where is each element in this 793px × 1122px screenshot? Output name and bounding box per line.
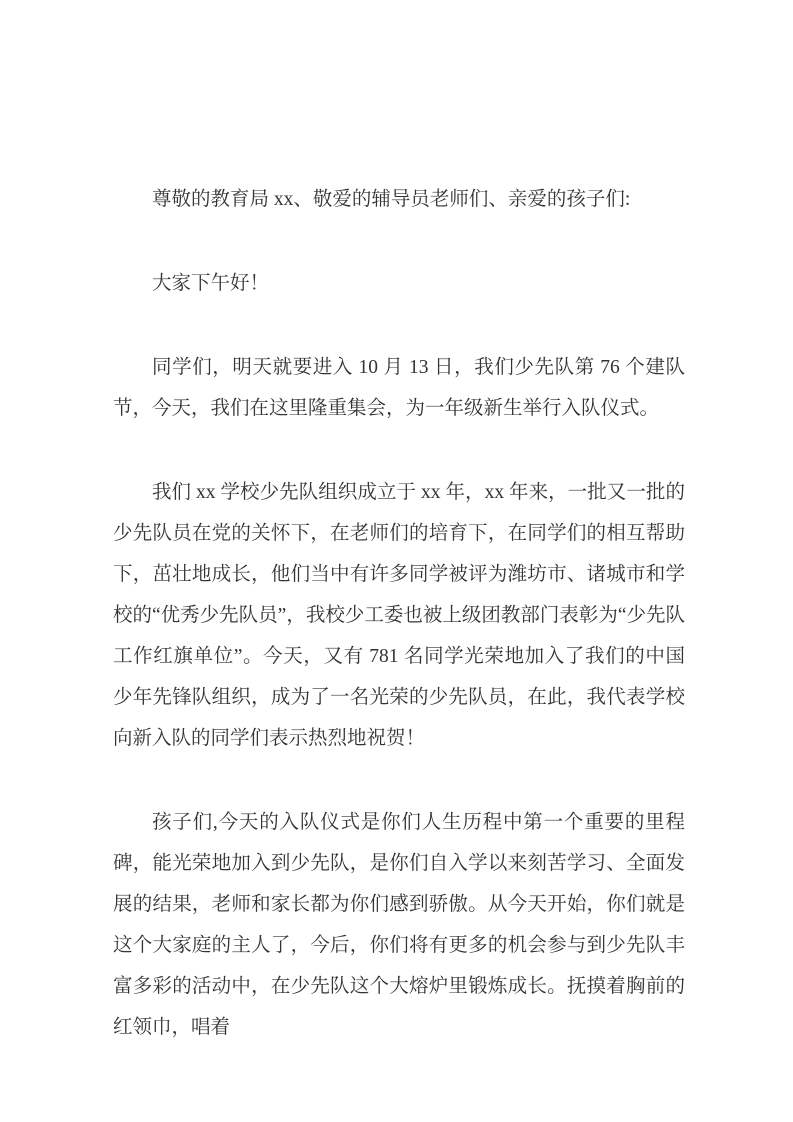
paragraph-school-history: 我们 xx 学校少先队组织成立于 xx 年，xx 年来，一批又一批的少先队员在党…	[113, 472, 685, 759]
paragraph-greeting: 大家下午好！	[113, 263, 685, 304]
paragraph-salutation: 尊敬的教育局 xx、敬爱的辅导员老师们、亲爱的孩子们:	[113, 179, 685, 220]
paragraph-intro: 同学们，明天就要进入 10 月 13 日，我们少先队第 76 个建队节，今天，我…	[113, 347, 685, 429]
document-content: 尊敬的教育局 xx、敬爱的辅导员老师们、亲爱的孩子们: 大家下午好！ 同学们，明…	[113, 179, 685, 1048]
paragraph-milestone: 孩子们,今天的入队仪式是你们人生历程中第一个重要的里程碑，能光荣地加入到少先队，…	[113, 802, 685, 1048]
document-page: 尊敬的教育局 xx、敬爱的辅导员老师们、亲爱的孩子们: 大家下午好！ 同学们，明…	[0, 0, 793, 1122]
